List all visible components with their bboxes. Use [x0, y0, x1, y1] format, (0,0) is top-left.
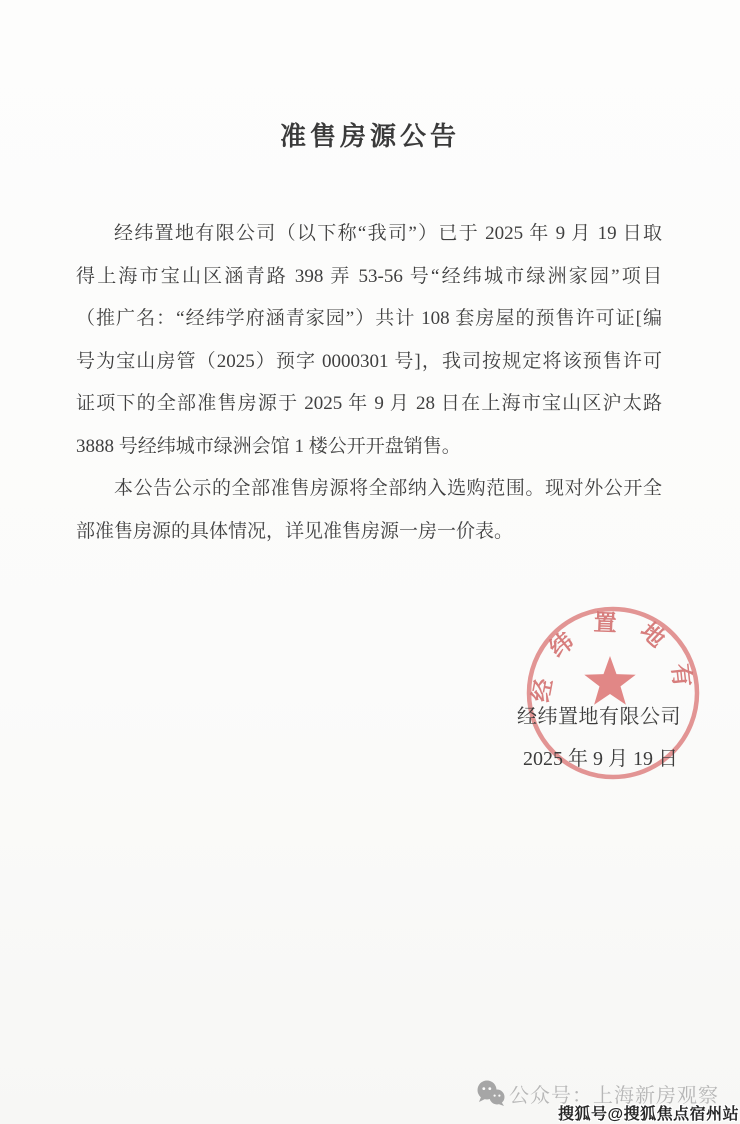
- paragraph2-line: 部准售房源的具体情况，详见准售房源一房一价表。: [76, 511, 662, 554]
- sohu-watermark-label: 搜狐号@搜狐焦点宿州站: [558, 1101, 739, 1124]
- paragraph1-line: 证项下的全部准售房源于 2025 年 9 月 28 日在上海市宝山区沪太路: [76, 383, 662, 426]
- seal-arc-text: 经纬置地有限公司: [503, 583, 698, 709]
- wechat-icon: [476, 1080, 506, 1108]
- seal-star-icon: [584, 656, 635, 705]
- announcement-page: 准售房源公告 经纬置地有限公司（以下称“我司”）已于 2025 年 9 月 19…: [0, 0, 740, 1124]
- signature-company: 经纬置地有限公司: [517, 700, 679, 729]
- paragraph1-line: 3888 号经纬城市绿洲会馆 1 楼公开开盘销售。: [76, 426, 662, 469]
- paragraph1-line: 得上海市宝山区涵青路 398 弄 53-56 号“经纬城市绿洲家园”项目: [76, 256, 662, 299]
- page-title: 准售房源公告: [0, 116, 740, 153]
- watermark-row: 公众号：上海新房观察 搜狐号@搜狐焦点宿州站: [0, 1078, 740, 1124]
- svg-text:经纬置地有限公司: 经纬置地有限公司: [503, 583, 698, 709]
- paragraph1-line: 经纬置地有限公司（以下称“我司”）已于 2025 年 9 月 19 日取: [76, 213, 662, 256]
- paragraph1-line: （推广名：“经纬学府涵青家园”）共计 108 套房屋的预售许可证[编: [76, 298, 662, 341]
- signature-date: 2025 年 9 月 19 日: [523, 742, 683, 771]
- paragraph1-line: 号为宝山房管（2025）预字 0000301 号]，我司按规定将该预售许可: [76, 341, 662, 384]
- announcement-body: 经纬置地有限公司（以下称“我司”）已于 2025 年 9 月 19 日取 得上海…: [76, 213, 662, 553]
- paragraph2-line: 本公告公示的全部准售房源将全部纳入选购范围。现对外公开全: [76, 468, 662, 511]
